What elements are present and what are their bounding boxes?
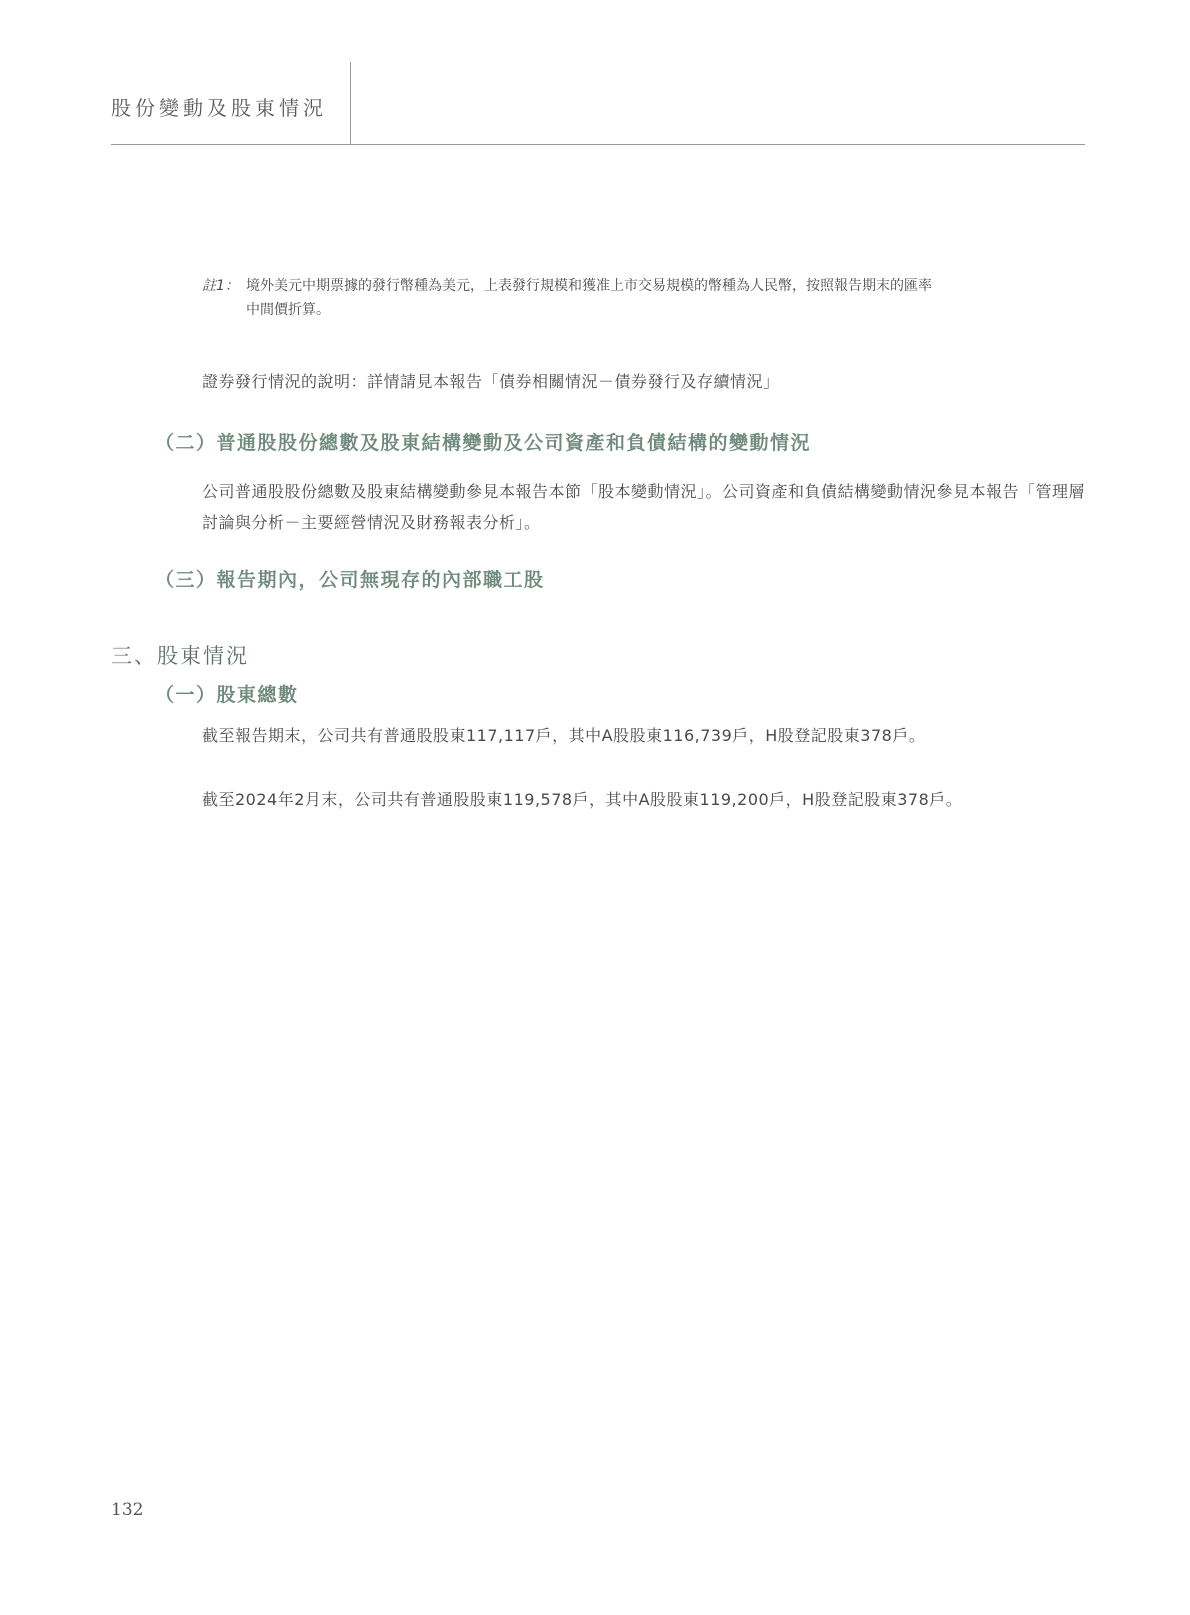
page-header-title: 股份變動及股東情況 bbox=[111, 92, 327, 121]
shareholder-count-feb-2024: 截至2024年2月末，公司共有普通股股東119,578戶，其中A股股東119,2… bbox=[202, 787, 962, 810]
securities-issuance-note: 證券發行情況的說明：詳情請見本報告「債券相關情況－債券發行及存續情況」 bbox=[202, 369, 780, 392]
subsection-1-heading: （一）股東總數 bbox=[155, 680, 299, 707]
footnote-label: 註1： bbox=[202, 274, 246, 298]
shareholder-count-period-end: 截至報告期末，公司共有普通股股東117,117戶，其中A股股東116,739戶，… bbox=[202, 723, 925, 746]
part-3-heading: 三、股東情況 bbox=[111, 640, 249, 670]
footnote-1-line-1: 註1：境外美元中期票據的發行幣種為美元，上表發行規模和獲准上市交易規模的幣種為人… bbox=[202, 274, 1087, 298]
header-vertical-divider bbox=[350, 62, 351, 145]
footnote-1: 註1：境外美元中期票據的發行幣種為美元，上表發行規模和獲准上市交易規模的幣種為人… bbox=[202, 274, 1087, 322]
header-horizontal-rule bbox=[111, 144, 1085, 145]
footnote-1-line-2: 中間價折算。 bbox=[202, 298, 1087, 322]
page-number: 132 bbox=[111, 1500, 143, 1520]
footnote-text: 境外美元中期票據的發行幣種為美元，上表發行規模和獲准上市交易規模的幣種為人民幣，… bbox=[246, 278, 932, 294]
section-2-body: 公司普通股股份總數及股東結構變動參見本報告本節「股本變動情況」。公司資產和負債結… bbox=[202, 476, 1087, 538]
section-3-heading: （三）報告期內，公司無現存的內部職工股 bbox=[155, 565, 545, 592]
section-2-heading: （二）普通股股份總數及股東結構變動及公司資產和負債結構的變動情況 bbox=[155, 428, 811, 455]
